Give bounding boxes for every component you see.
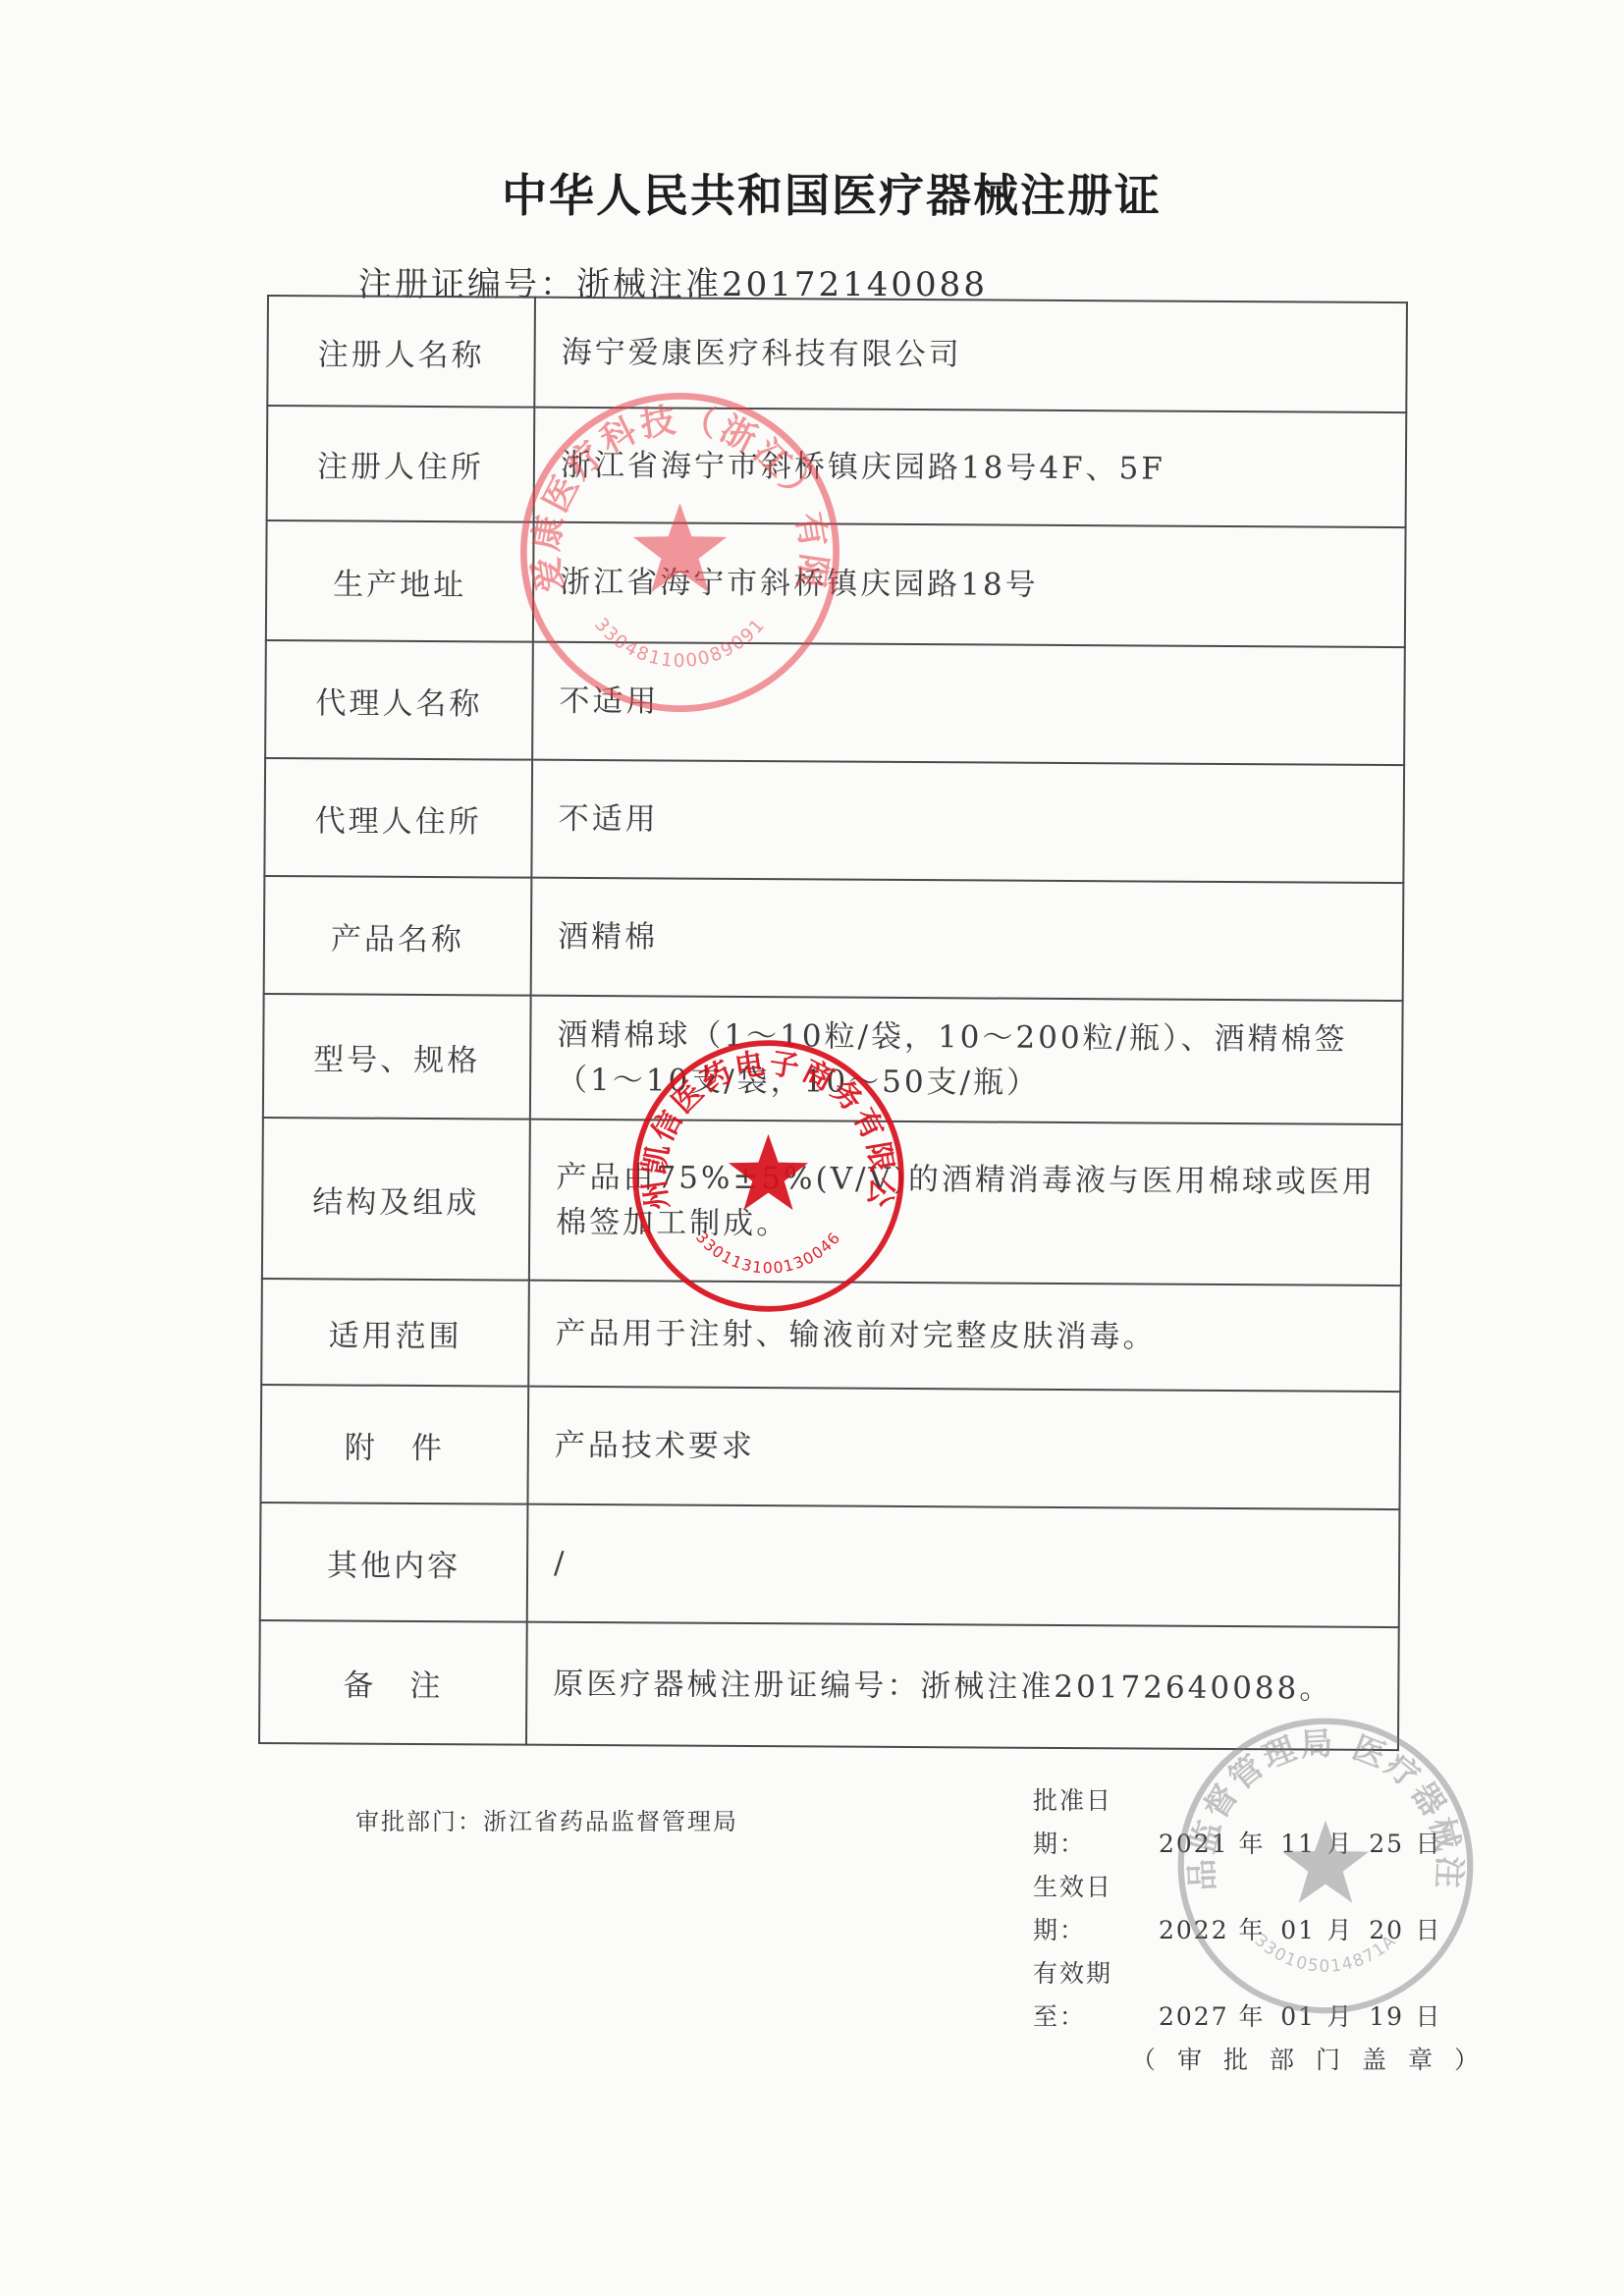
date-year: 2027: [1159, 1995, 1227, 2039]
row-label: 适用范围: [261, 1279, 529, 1387]
date-label: 批准日期：: [1033, 1779, 1159, 1866]
row-value: 海宁爱康医疗科技有限公司: [534, 298, 1407, 412]
row-value: 原医疗器械注册证编号：浙械注准20172640088。: [526, 1622, 1399, 1750]
row-label: 结构及组成: [262, 1118, 530, 1281]
row-label: 产品名称: [264, 876, 532, 996]
row-value: /: [527, 1504, 1400, 1627]
table-row: 备 注 原医疗器械注册证编号：浙械注准20172640088。: [259, 1620, 1399, 1750]
row-value: 不适用: [531, 760, 1404, 883]
table-row: 代理人住所 不适用: [264, 758, 1404, 883]
row-value: 不适用: [532, 642, 1405, 765]
row-label: 型号、规格: [263, 994, 531, 1120]
table-row: 代理人名称 不适用: [265, 640, 1405, 765]
row-label: 注册人住所: [267, 406, 535, 522]
row-label: 代理人住所: [264, 758, 532, 878]
approval-department: 审批部门：浙江省药品监督管理局: [355, 1802, 738, 1836]
row-value: 产品由75%±5%(V/V)的酒精消毒液与医用棉球或医用棉签加工制成。: [529, 1120, 1402, 1285]
row-label: 代理人名称: [265, 640, 533, 760]
row-label: 注册人名称: [267, 296, 535, 408]
date-month: 01: [1276, 1995, 1316, 2039]
seal-note: （审批部门盖章）: [1033, 2039, 1500, 2082]
date-year: 2022: [1159, 1909, 1227, 1952]
table-row: 适用范围 产品用于注射、输液前对完整皮肤消毒。: [261, 1279, 1401, 1392]
row-value: 产品技术要求: [527, 1387, 1400, 1509]
row-value: 酒精棉球（1～10粒/袋，10～200粒/瓶）、酒精棉签（1～10支/袋，10～…: [530, 996, 1403, 1124]
expiry-date: 有效期至：2027年01月19日: [1033, 1952, 1500, 2039]
row-label: 生产地址: [266, 520, 534, 642]
date-label: 生效日期：: [1033, 1866, 1159, 1952]
table-row: 注册人住所 浙江省海宁市斜桥镇庆园路18号4F、5F: [267, 406, 1407, 527]
table-row: 结构及组成 产品由75%±5%(V/V)的酒精消毒液与医用棉球或医用棉签加工制成…: [262, 1118, 1402, 1285]
row-label: 其他内容: [260, 1503, 528, 1622]
row-value: 产品用于注射、输液前对完整皮肤消毒。: [528, 1281, 1401, 1392]
date-day: 25: [1365, 1823, 1404, 1866]
table-row: 生产地址 浙江省海宁市斜桥镇庆园路18号: [266, 520, 1406, 647]
certificate-table: 注册人名称 海宁爱康医疗科技有限公司 注册人住所 浙江省海宁市斜桥镇庆园路18号…: [258, 295, 1408, 1751]
approval-date: 批准日期：2021年11月25日: [1033, 1779, 1500, 1866]
row-label: 备 注: [259, 1620, 527, 1745]
row-value: 酒精棉: [531, 878, 1404, 1001]
date-day: 19: [1365, 1995, 1404, 2039]
year-unit: 年: [1227, 1995, 1276, 2039]
month-unit: 月: [1316, 1909, 1365, 1952]
table-row: 附 件 产品技术要求: [260, 1385, 1400, 1509]
table-row: 型号、规格 酒精棉球（1～10粒/袋，10～200粒/瓶）、酒精棉签（1～10支…: [263, 994, 1403, 1124]
month-unit: 月: [1316, 1823, 1365, 1866]
day-unit: 日: [1404, 1995, 1453, 2039]
table-row: 注册人名称 海宁爱康医疗科技有限公司: [267, 296, 1407, 412]
date-year: 2021: [1159, 1823, 1227, 1866]
row-value: 浙江省海宁市斜桥镇庆园路18号4F、5F: [534, 408, 1407, 527]
row-label: 附 件: [260, 1385, 528, 1504]
date-month: 01: [1276, 1909, 1316, 1952]
day-unit: 日: [1404, 1823, 1453, 1866]
date-block: 批准日期：2021年11月25日 生效日期：2022年01月20日 有效期至：2…: [1033, 1779, 1500, 2082]
row-value: 浙江省海宁市斜桥镇庆园路18号: [533, 522, 1406, 647]
day-unit: 日: [1404, 1909, 1453, 1952]
document-title: 中华人民共和国医疗器械注册证: [0, 160, 1624, 225]
date-day: 20: [1365, 1909, 1404, 1952]
month-unit: 月: [1316, 1995, 1365, 2039]
date-month: 11: [1276, 1823, 1316, 1866]
date-label: 有效期至：: [1033, 1952, 1159, 2039]
table-row: 产品名称 酒精棉: [264, 876, 1404, 1001]
year-unit: 年: [1227, 1909, 1276, 1952]
year-unit: 年: [1227, 1823, 1276, 1866]
effective-date: 生效日期：2022年01月20日: [1033, 1866, 1500, 1952]
table-row: 其他内容 /: [260, 1503, 1400, 1627]
